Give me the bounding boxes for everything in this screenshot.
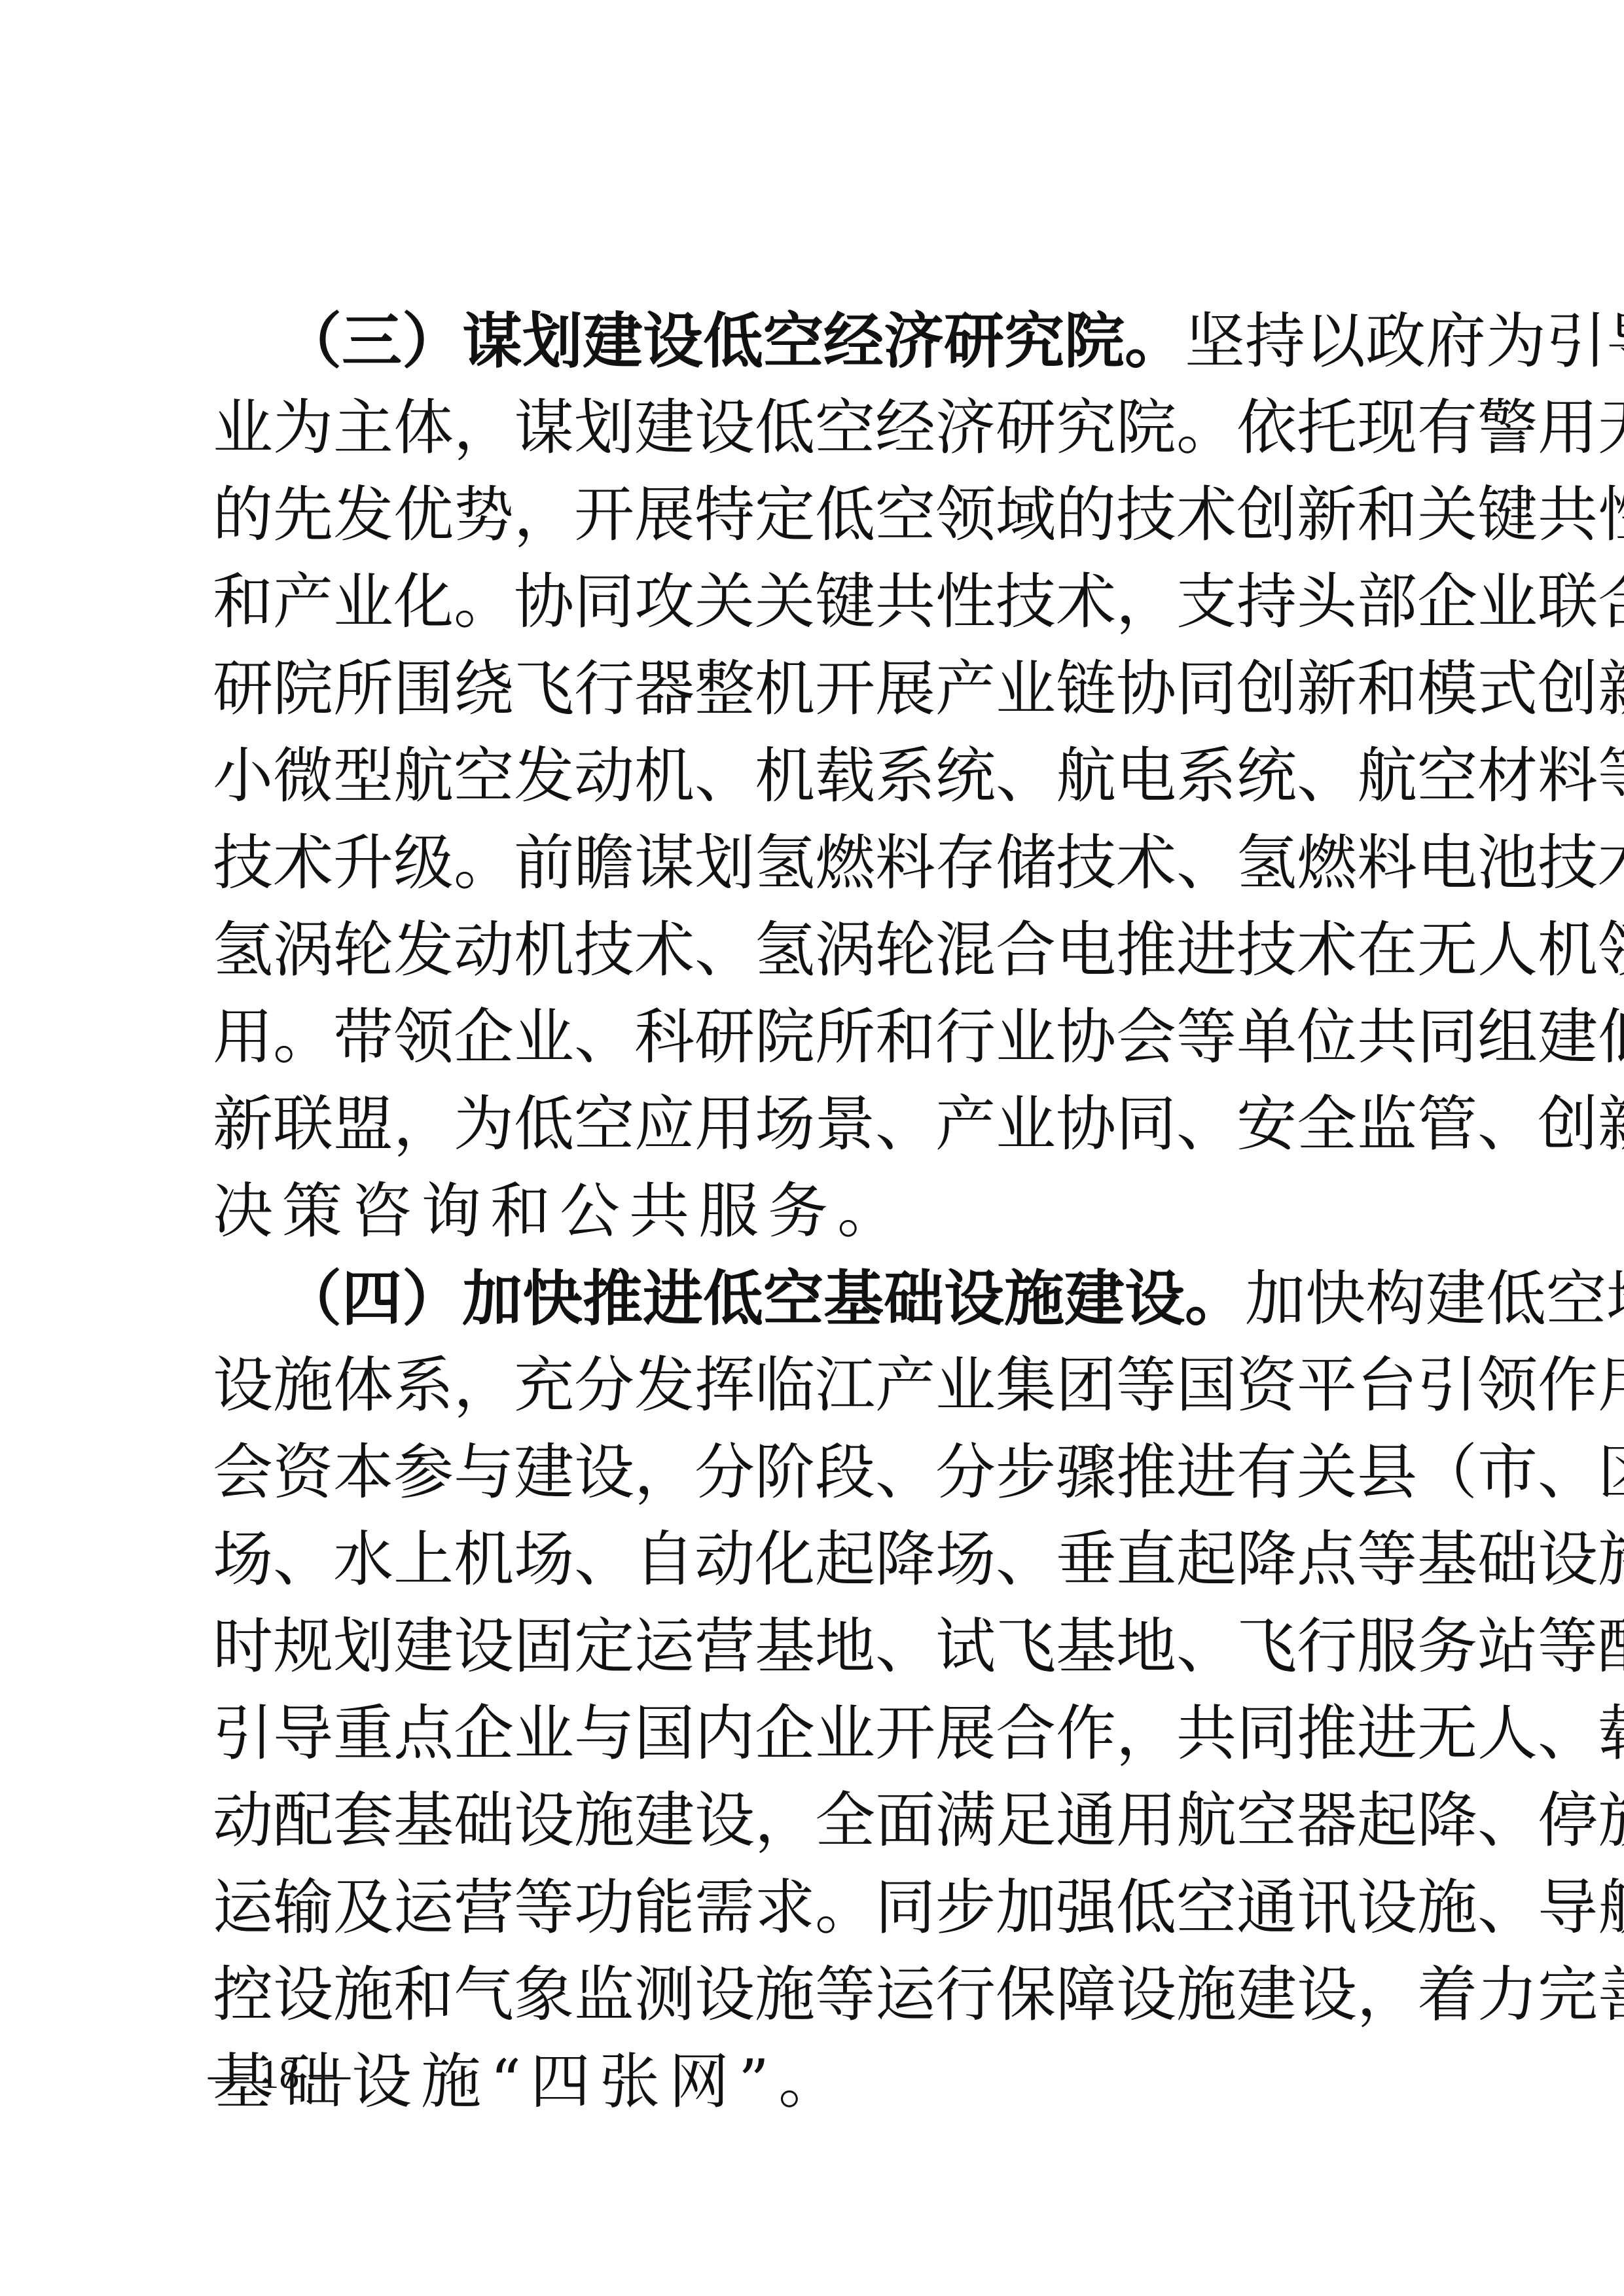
paragraph-text: 坚持以政府为引导、以企: [1185, 306, 1624, 376]
paragraph-line: 时规划建设固定运营基地、试飞基地、飞行服务站等配套设施。: [213, 1603, 1420, 1691]
paragraph-line: 用。带领企业、科研院所和行业协会等单位共同组建低空经济创: [213, 994, 1420, 1081]
paragraph-line: 决策咨询和公共服务。: [213, 1168, 1420, 1255]
paragraph-line: 基础设施“四张网”。: [213, 2038, 1420, 2126]
section-heading-3: （三）谋划建设低空经济研究院。: [281, 306, 1185, 376]
paragraph-3-line-1: （三）谋划建设低空经济研究院。坚持以政府为引导、以企: [281, 297, 1420, 385]
paragraph-line: 的先发优势，开展特定低空领域的技术创新和关键共性技术研发: [213, 471, 1420, 559]
page-number: — 18 —: [208, 2052, 350, 2098]
paragraph-line: 业为主体，谋划建设低空经济研究院。依托现有警用无人机领域: [213, 384, 1420, 472]
paragraph-line: 和产业化。协同攻关关键共性技术，支持头部企业联合高校和科: [213, 558, 1420, 646]
paragraph-line: 研院所围绕飞行器整机开展产业链协同创新和模式创新，推动中: [213, 645, 1420, 733]
paragraph-line: 小微型航空发动机、机载系统、航电系统、航空材料等领域关键: [213, 732, 1420, 820]
paragraph-line: 氢涡轮发动机技术、氢涡轮混合电推进技术在无人机领域的应: [213, 906, 1420, 994]
document-page: （三）谋划建设低空经济研究院。坚持以政府为引导、以企 业为主体，谋划建设低空经济…: [0, 0, 1624, 2296]
paragraph-text: 加快构建低空地面基础: [1245, 1264, 1624, 1334]
paragraph-line: 运输及运营等功能需求。同步加强低空通讯设施、导航设施、监: [213, 1864, 1420, 1952]
paragraph-line: 动配套基础设施建设，全面满足通用航空器起降、停放、充电、: [213, 1777, 1420, 1865]
paragraph-line: 控设施和气象监测设施等运行保障设施建设，着力完善低空经济: [213, 1951, 1420, 2039]
section-heading-4: （四）加快推进低空基础设施建设。: [281, 1263, 1245, 1334]
paragraph-line: 设施体系，充分发挥临江产业集团等国资平台引领作用，引导社: [213, 1342, 1420, 1429]
paragraph-line: 场、水上机场、自动化起降场、垂直起降点等基础设施建设，适: [213, 1516, 1420, 1604]
paragraph-line: 会资本参与建设，分阶段、分步骤推进有关县（市、区）通用机: [213, 1429, 1420, 1516]
paragraph-line: 引导重点企业与国内企业开展合作，共同推进无人、载人飞行活: [213, 1690, 1420, 1778]
paragraph-4-line-1: （四）加快推进低空基础设施建设。加快构建低空地面基础: [281, 1255, 1420, 1342]
paragraph-line: 技术升级。前瞻谋划氢燃料存储技术、氢燃料电池技术、氢内燃、: [213, 819, 1420, 907]
paragraph-line: 新联盟，为低空应用场景、产业协同、安全监管、创新发展提供: [213, 1081, 1420, 1168]
